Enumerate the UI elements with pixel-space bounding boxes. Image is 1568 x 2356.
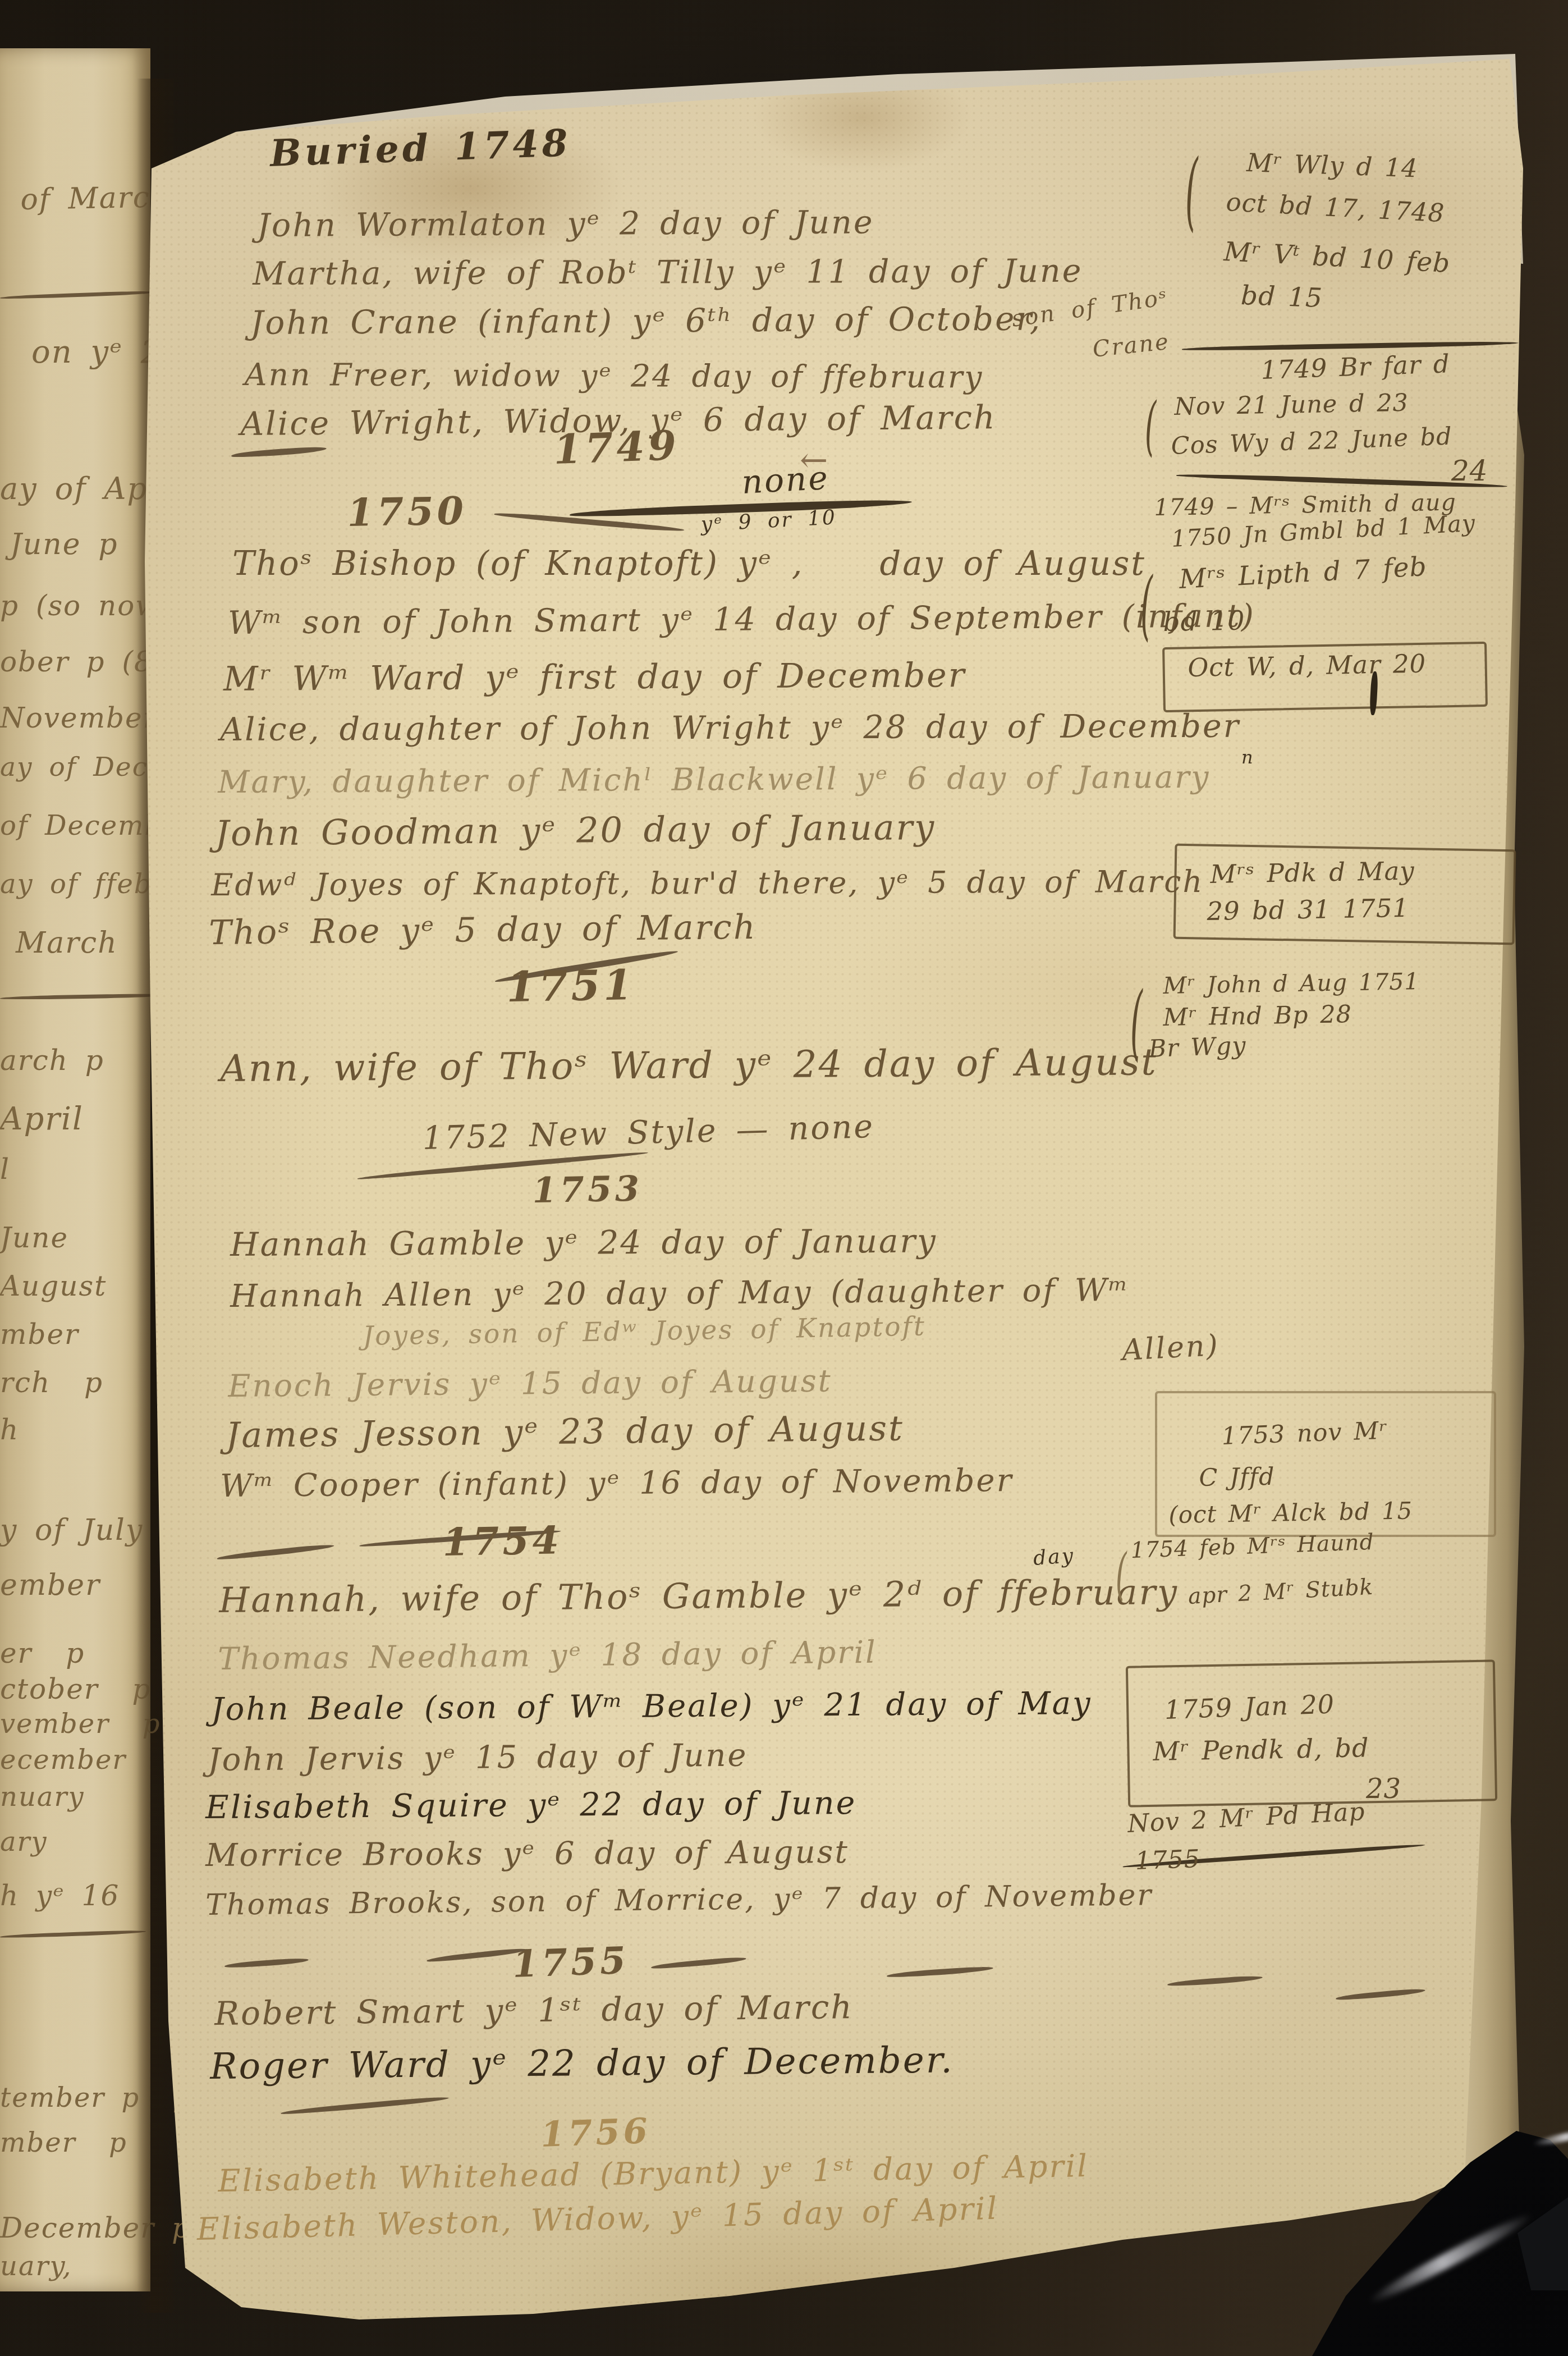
margin-note: Mʳ Pendk d, bd [1153, 1734, 1369, 1765]
facing-page-fragment: y of July [0, 1515, 143, 1546]
margin-note: Mʳ Hnd Bp 28 [1163, 1001, 1352, 1031]
year-heading-1749: 1749 [553, 423, 680, 472]
facing-page-fragment: November [0, 703, 158, 733]
facing-page-fragment: ember [0, 1570, 100, 1601]
margin-note: (oct Mʳ Alck bd 15 [1168, 1498, 1413, 1527]
facing-page-fragment: mber [0, 1319, 79, 1349]
margin-note: 24 [1451, 456, 1488, 486]
facing-page-fragment: er p [0, 1638, 85, 1668]
margin-note: Nov 21 June d 23 [1174, 390, 1409, 420]
facing-page-fragment: ctober p [0, 1674, 152, 1704]
margin-note: Br Wgy [1148, 1033, 1246, 1062]
ink-bracket: ( [1145, 390, 1156, 464]
burial-entry: John Jervis yᵉ 15 day of June [208, 1739, 748, 1778]
facing-page-fragment: uary, [0, 2252, 72, 2281]
burial-entry: Ann, wife of Thoˢ Ward yᵉ 24 day of Augu… [220, 1042, 1158, 1088]
ink-bracket: ( [1116, 1541, 1127, 1607]
facing-page-fragment: nuary [0, 1783, 85, 1812]
margin-note: Mʳ Wly d 14 [1246, 149, 1418, 182]
register-page-photo: of March on yᵉ 29 ay of April June p p (… [0, 0, 1568, 2356]
burial-entry: Martha, wife of Robᵗ Tilly yᵉ 11 day of … [253, 254, 1083, 292]
margin-note: Mʳ John d Aug 1751 [1163, 969, 1420, 998]
margin-note: 29 bd 31 1751 [1207, 895, 1409, 926]
burial-entry: Enoch Jervis yᵉ 15 day of August [228, 1365, 832, 1403]
burial-entry: Thomas Needham yᵉ 18 day of April [218, 1636, 877, 1676]
ink-bracket: ( [1185, 141, 1198, 241]
burial-entry: James Jesson yᵉ 23 day of August [226, 1410, 904, 1454]
burial-entry: Morrice Brooks yᵉ 6 day of August [205, 1836, 849, 1873]
burial-entry: John Crane (infant) yᵉ 6ᵗʰ day of Octobe… [250, 301, 1042, 341]
margin-note: 1749 Br far d [1260, 350, 1450, 384]
margin-note: 1759 Jan 20 [1164, 1690, 1335, 1724]
facing-page-fragment: rch p [0, 1367, 103, 1398]
year-note-none: none [741, 460, 830, 500]
year-heading-1755: 1755 [512, 1941, 630, 1984]
facing-page-fragment: March [16, 927, 118, 959]
facing-page-fragment: arch p [0, 1045, 104, 1076]
facing-page-fragment: June p [10, 529, 118, 560]
burial-entry: Edwᵈ Joyes of Knaptoft, bur'd there, yᵉ … [211, 866, 1204, 902]
burial-entry: Mary, daughter of Michˡ Blackwell yᵉ 6 d… [218, 761, 1211, 799]
facing-page-fragment: mber p [0, 2129, 127, 2158]
facing-page-fragment: h yᵉ 16 [0, 1881, 120, 1911]
interlinear-annotation: n [1241, 748, 1255, 767]
facing-page-fragment: April [0, 1102, 84, 1136]
facing-page-fragment: June [0, 1223, 68, 1253]
facing-page-fragment: h [0, 1415, 19, 1445]
margin-note: 1753 nov Mʳ [1221, 1418, 1388, 1450]
facing-page-fragment: ary [0, 1828, 48, 1857]
burial-entry: John Goodman yᵉ 20 day of January [215, 809, 936, 853]
margin-note: bd 10 [1163, 607, 1245, 637]
burial-entry: Hannah Allen yᵉ 20 day of May (daughter … [230, 1274, 1130, 1314]
burial-entry: Thoˢ Bishop (of Knaptoft) yᵉ , day of Au… [232, 546, 1146, 582]
burial-entry: Wᵐ son of John Smart yᵉ 14 day of Septem… [228, 599, 1255, 641]
margin-note: bd 15 [1240, 282, 1323, 313]
margin-note: C Jffd [1199, 1464, 1275, 1492]
burial-entry: Alice, daughter of John Wright yᵉ 28 day… [220, 710, 1240, 748]
facing-page-fragment: August [0, 1271, 107, 1301]
burial-entry: Wᵐ Cooper (infant) yᵉ 16 day of November [220, 1464, 1014, 1503]
year-heading-1751: 1751 [506, 963, 636, 1010]
year-heading-1753: 1753 [532, 1170, 643, 1210]
margin-note: Oct W, d, Mar 20 [1188, 651, 1427, 682]
burial-entry: Robert Smart yᵉ 1ˢᵗ day of March [214, 1989, 854, 2032]
burial-entry: Ann Freer, widow yᵉ 24 day of ffebruary [245, 358, 984, 394]
facing-page-edge [0, 48, 150, 2291]
margin-note: Mʳˢ Pdk d May [1210, 858, 1415, 889]
year-heading-1756: 1756 [540, 2112, 652, 2154]
burial-entry-continuation: Allen) [1121, 1330, 1220, 1366]
burial-entry: John Wormlaton yᵉ 2 day of June [257, 205, 874, 243]
margin-note: 23 [1366, 1775, 1401, 1804]
burial-entry: Elisabeth Squire yᵉ 22 day of June [205, 1786, 857, 1826]
section-heading-1748: Buried 1748 [269, 123, 572, 173]
ink-bracket: ( [1130, 976, 1143, 1071]
burial-entry: John Beale (son of Wᵐ Beale) yᵉ 21 day o… [211, 1687, 1092, 1727]
burial-entry: Roger Ward yᵉ 22 day of December. [210, 2041, 954, 2087]
ink-bracket: ( [1140, 562, 1153, 650]
burial-entry: Mʳ Wᵐ Ward yᵉ first day of December [223, 657, 966, 698]
burial-entry: Hannah, wife of Thoˢ Gamble yᵉ 2ᵈ of ffe… [219, 1573, 1179, 1620]
facing-page-fragment: l [0, 1154, 10, 1184]
facing-page-fragment: ecember [0, 1746, 126, 1775]
interlinear-annotation: day [1033, 1545, 1075, 1570]
margin-note: 1755 [1135, 1846, 1201, 1875]
burial-entry: Thoˢ Roe yᵉ 5 day of March [209, 909, 757, 951]
year-heading-1754: 1754 [442, 1520, 563, 1563]
burial-entry: Hannah Gamble yᵉ 24 day of January [230, 1223, 937, 1262]
year-heading-1750: 1750 [347, 491, 467, 534]
